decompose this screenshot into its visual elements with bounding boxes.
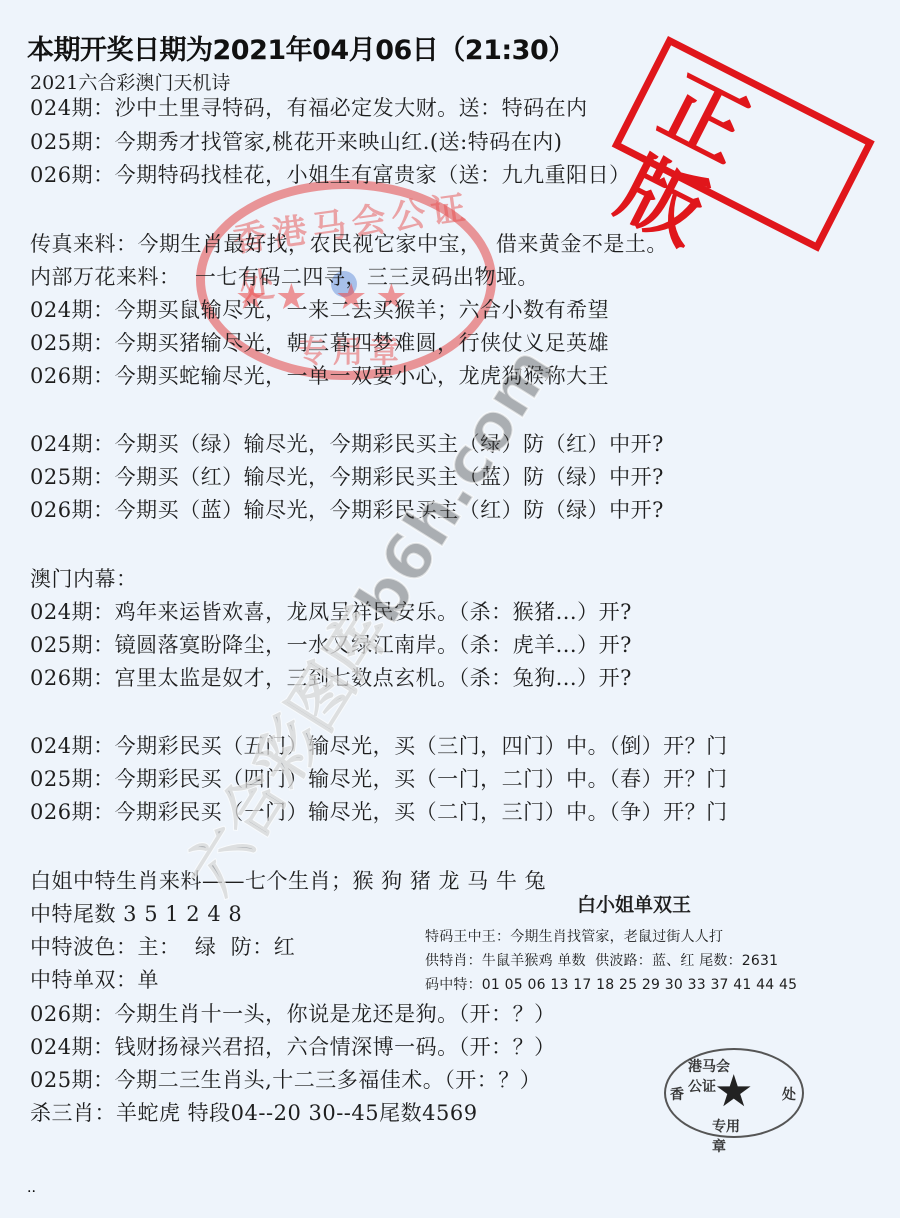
poem-line: 024期：沙中土里寻特码，有福必定发大财。送：特码在内 bbox=[30, 94, 588, 122]
macau-heading: 澳门内幕： bbox=[30, 565, 138, 593]
final-line: 025期：今期二三生肖头,十二三多福佳术。（开：？） bbox=[30, 1066, 541, 1094]
fax-line: 内部万花来料： 一七有码二四寻，三三灵码出物垭。 bbox=[30, 263, 539, 291]
box-row: 特码王中王：今期生肖找管家，老鼠过街人人打 bbox=[425, 926, 723, 946]
authentic-stamp-text: 正版 bbox=[604, 61, 862, 314]
star-icon: ★ bbox=[714, 1066, 753, 1117]
box-heading: 白小姐单双王 bbox=[577, 890, 691, 917]
fax-line: 传真来料：今期生肖最好找，农民视它家中宝， 借来黄金不是土。 bbox=[30, 230, 668, 258]
lottery-document-page: 本期开奖日期为2021年04月06日（21:30） 2021六合彩澳门天机诗 香… bbox=[0, 0, 900, 1218]
zodiac-line: 白姐中特生肖来料——七个生肖；猴 狗 猪 龙 马 牛 兔 bbox=[30, 867, 546, 895]
poem-line: 025期：今期秀才找管家,桃花开来映山红.(送:特码在内) bbox=[30, 128, 562, 156]
footer-dots: .. bbox=[27, 1180, 36, 1196]
seal-bottom-text: 专用章 bbox=[712, 1116, 742, 1156]
odd-even: 中特单双：单 bbox=[30, 966, 159, 994]
box-numbers-row: 码中特：01 05 06 13 17 18 25 29 30 33 37 41 … bbox=[425, 974, 797, 994]
door-line: 026期：今期彩民买（一门）输尽光，买（二门，三门）中。（争）开？门 bbox=[30, 798, 728, 826]
final-line: 026期：今期生肖十一头，你说是龙还是狗。（开：？） bbox=[30, 1000, 556, 1028]
poem-line: 026期：今期特码找桂花，小姐生有富贵家（送：九九重阳日） bbox=[30, 161, 631, 189]
seal-left-text: 香 bbox=[670, 1084, 684, 1104]
seal-right-text: 处 bbox=[782, 1084, 796, 1104]
fax-line: 024期：今期买鼠输尽光，一来二去买猴羊；六合小数有希望 bbox=[30, 296, 609, 324]
door-line: 025期：今期彩民买（四门）输尽光，买（一门，二门）中。（春）开？门 bbox=[30, 765, 728, 793]
wave-color: 中特波色：主： 绿 防：红 bbox=[30, 933, 295, 961]
authentic-stamp: 正版 bbox=[612, 36, 875, 252]
box-row: 供特肖：牛鼠羊猴鸡 单数 供波路：蓝、红 尾数：2631 bbox=[425, 950, 778, 970]
door-line: 024期：今期彩民买（五门）输尽光，买（三门，四门）中。（倒）开？门 bbox=[30, 732, 728, 760]
color-line: 024期：今期买（绿）输尽光，今期彩民买主（绿）防（红）中开? bbox=[30, 430, 664, 458]
page-title: 本期开奖日期为2021年04月06日（21:30） bbox=[27, 28, 575, 67]
final-line: 024期：钱财扬禄兴君招，六合情深博一码。（开：？） bbox=[30, 1033, 556, 1061]
black-oval-seal: 港马会公证 香 处 ★ 专用章 bbox=[664, 1048, 742, 1138]
color-line: 026期：今期买（蓝）输尽光，今期彩民买主（红）防（绿）中开? bbox=[30, 496, 664, 524]
color-line: 025期：今期买（红）输尽光，今期彩民买主（蓝）防（绿）中开? bbox=[30, 463, 664, 491]
subtitle: 2021六合彩澳门天机诗 bbox=[30, 68, 230, 95]
tail-numbers: 中特尾数 3 5 1 2 4 8 bbox=[30, 900, 242, 928]
final-line: 杀三肖：羊蛇虎 特段04--20 30--45尾数4569 bbox=[30, 1099, 478, 1127]
